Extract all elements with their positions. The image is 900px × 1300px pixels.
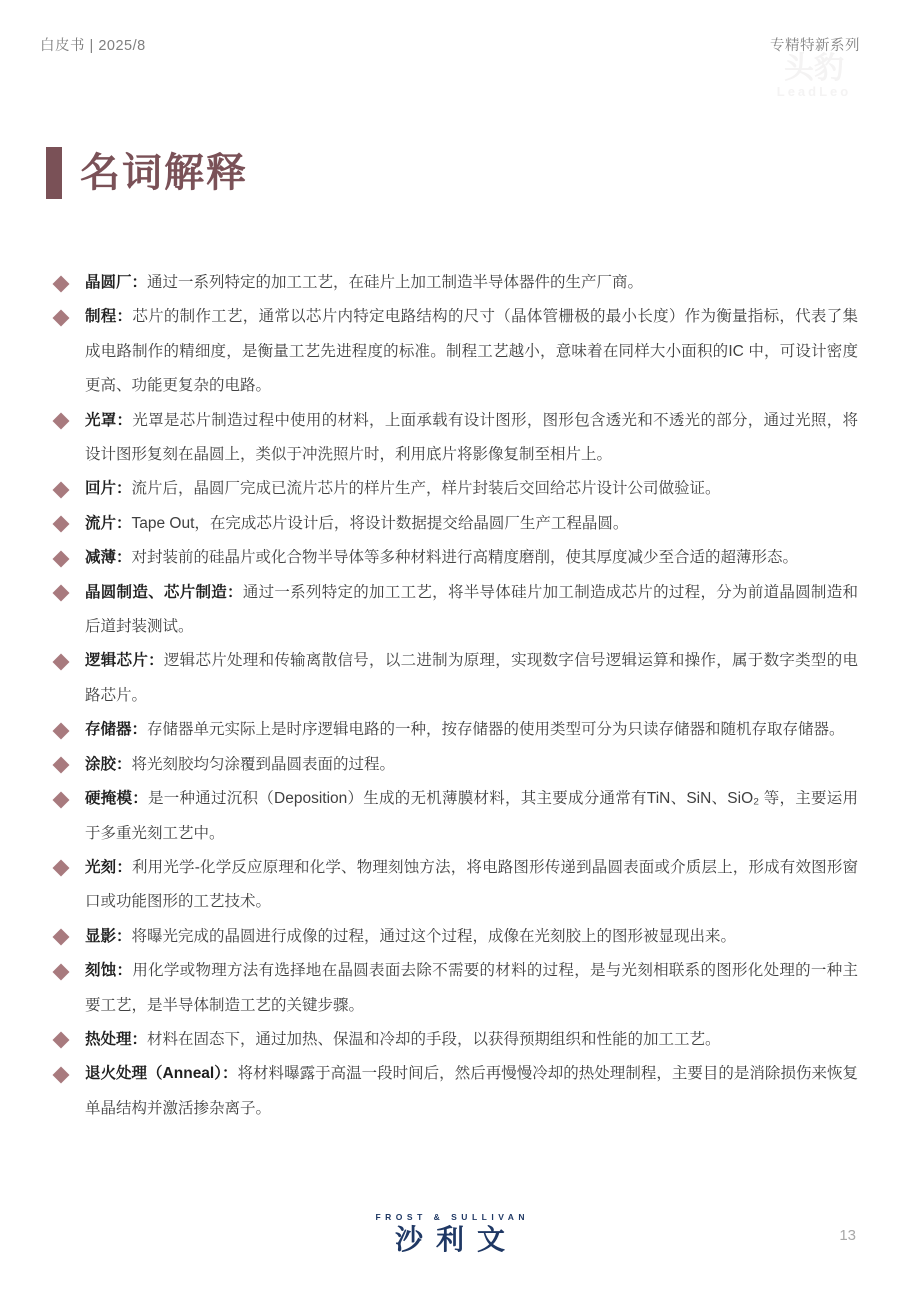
term-label: 流片： [85,515,132,532]
header-doc-type: 白皮书 | 2025/8 [40,34,146,55]
document-page: 白皮书 | 2025/8 专精特新系列 头豹 LeadLeo 名词解释 晶圆厂：… [0,0,900,1300]
leadleo-watermark: 头豹 LeadLeo [734,52,894,99]
term-description: Tape Out，在完成芯片设计后，将设计数据提交给晶圆厂生产工程晶圆。 [132,515,629,532]
glossary-item: 光罩：光罩是芯片制造过程中使用的材料，上面承载有设计图形，图形包含透光和不透光的… [52,404,858,473]
term-description: 通过一系列特定的加工工艺，在硅片上加工制造半导体器件的生产厂商。 [147,274,643,291]
term-description: 利用光学-化学反应原理和化学、物理刻蚀方法，将电路图形传递到晶圆表面或介质层上，… [85,859,858,910]
diamond-bullet-icon [53,1066,70,1083]
diamond-bullet-icon [53,309,70,326]
term-label: 减薄： [85,549,132,566]
term-label: 刻蚀： [85,962,132,979]
diamond-bullet-icon [53,516,70,533]
glossary-item: 存储器：存储器单元实际上是时序逻辑电路的一种，按存储器的使用类型可分为只读存储器… [52,713,858,747]
glossary-item: 涂胶：将光刻胶均匀涂覆到晶圆表面的过程。 [52,748,858,782]
diamond-bullet-icon [53,275,70,292]
frost-sullivan-logo: FROST & SULLIVAN 沙利文 [0,1213,900,1256]
diamond-bullet-icon [53,963,70,980]
diamond-bullet-icon [53,860,70,877]
diamond-bullet-icon [53,550,70,567]
glossary-item: 热处理：材料在固态下，通过加热、保温和冷却的手段，以获得预期组织和性能的加工工艺… [52,1023,858,1057]
term-label: 显影： [85,928,132,945]
diamond-bullet-icon [53,791,70,808]
watermark-cn-text: 头豹 [734,52,894,85]
glossary-item: 退火处理（Anneal）：将材料曝露于高温一段时间后，然后再慢慢冷却的热处理制程… [52,1057,858,1126]
term-label: 晶圆厂： [85,274,147,291]
term-label: 热处理： [85,1031,147,1048]
term-description: 芯片的制作工艺，通常以芯片内特定电路结构的尺寸（晶体管栅极的最小长度）作为衡量指… [85,308,858,394]
term-description: 是一种通过沉积（Deposition）生成的无机薄膜材料，其主要成分通常有TiN… [85,790,858,841]
term-description: 将曝光完成的晶圆进行成像的过程，通过这个过程，成像在光刻胶上的图形被显现出来。 [132,928,737,945]
brand-name-cn: 沙利文 [0,1224,900,1256]
section-title-block: 名词解释 [46,147,248,199]
glossary-item: 晶圆制造、芯片制造：通过一系列特定的加工工艺，将半导体硅片加工制造成芯片的过程，… [52,576,858,645]
page-number: 13 [839,1227,856,1244]
term-label: 光刻： [85,859,132,876]
term-description: 材料在固态下，通过加热、保温和冷却的手段，以获得预期组织和性能的加工工艺。 [147,1031,721,1048]
term-description: 存储器单元实际上是时序逻辑电路的一种，按存储器的使用类型可分为只读存储器和随机存… [147,721,845,738]
section-title: 名词解释 [80,147,248,199]
term-description: 将光刻胶均匀涂覆到晶圆表面的过程。 [132,756,396,773]
glossary-item: 硬掩模：是一种通过沉积（Deposition）生成的无机薄膜材料，其主要成分通常… [52,782,858,851]
term-label: 晶圆制造、芯片制造： [85,584,243,601]
diamond-bullet-icon [53,481,70,498]
glossary-item: 减薄：对封装前的硅晶片或化合物半导体等多种材料进行高精度磨削，使其厚度减少至合适… [52,541,858,575]
glossary-item: 逻辑芯片：逻辑芯片处理和传输离散信号，以二进制为原理，实现数字信号逻辑运算和操作… [52,644,858,713]
diamond-bullet-icon [53,413,70,430]
term-description: 对封装前的硅晶片或化合物半导体等多种材料进行高精度磨削，使其厚度减少至合适的超薄… [132,549,799,566]
section-accent-bar [46,147,62,199]
term-description: 逻辑芯片处理和传输离散信号，以二进制为原理，实现数字信号逻辑运算和操作，属于数字… [85,652,858,703]
diamond-bullet-icon [53,722,70,739]
glossary-item: 显影：将曝光完成的晶圆进行成像的过程，通过这个过程，成像在光刻胶上的图形被显现出… [52,920,858,954]
brand-name-en: FROST & SULLIVAN [0,1213,900,1223]
glossary-item: 晶圆厂：通过一系列特定的加工工艺，在硅片上加工制造半导体器件的生产厂商。 [52,266,858,300]
term-label: 硬掩模： [85,790,148,807]
diamond-bullet-icon [53,929,70,946]
glossary-item: 刻蚀：用化学或物理方法有选择地在晶圆表面去除不需要的材料的过程，是与光刻相联系的… [52,954,858,1023]
term-description: 流片后，晶圆厂完成已流片芯片的样片生产，样片封装后交回给芯片设计公司做验证。 [132,480,721,497]
term-description: 用化学或物理方法有选择地在晶圆表面去除不需要的材料的过程，是与光刻相联系的图形化… [85,962,858,1013]
glossary-item: 回片：流片后，晶圆厂完成已流片芯片的样片生产，样片封装后交回给芯片设计公司做验证… [52,472,858,506]
term-label: 逻辑芯片： [85,652,164,669]
term-label: 存储器： [85,721,147,738]
term-description: 光罩是芯片制造过程中使用的材料，上面承载有设计图形，图形包含透光和不透光的部分，… [85,412,858,463]
watermark-en-text: LeadLeo [734,85,894,99]
diamond-bullet-icon [53,653,70,670]
term-label: 制程： [85,308,132,325]
glossary-item: 制程：芯片的制作工艺，通常以芯片内特定电路结构的尺寸（晶体管栅极的最小长度）作为… [52,300,858,403]
diamond-bullet-icon [53,757,70,774]
term-label: 涂胶： [85,756,132,773]
glossary-item: 流片：Tape Out，在完成芯片设计后，将设计数据提交给晶圆厂生产工程晶圆。 [52,507,858,541]
glossary-item: 光刻：利用光学-化学反应原理和化学、物理刻蚀方法，将电路图形传递到晶圆表面或介质… [52,851,858,920]
term-label: 光罩： [85,412,132,429]
glossary-list: 晶圆厂：通过一系列特定的加工工艺，在硅片上加工制造半导体器件的生产厂商。 制程：… [52,266,858,1126]
term-label: 退火处理（Anneal）： [85,1065,238,1082]
diamond-bullet-icon [53,585,70,602]
term-label: 回片： [85,480,132,497]
diamond-bullet-icon [53,1032,70,1049]
